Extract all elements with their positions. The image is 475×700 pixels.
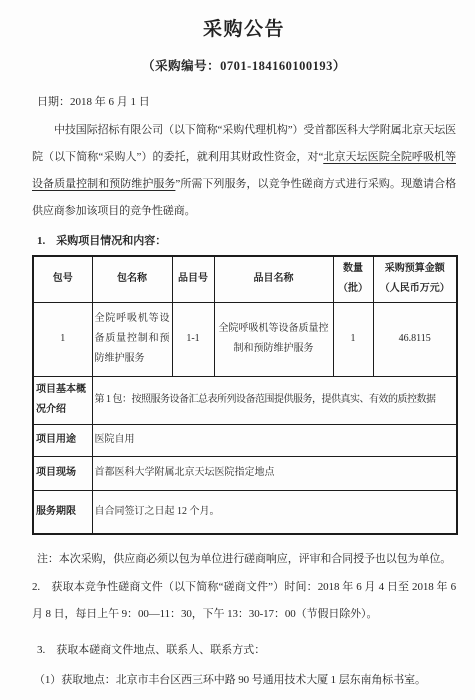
info-label-usage: 项目用途 [33, 424, 92, 456]
info-value-site: 首都医科大学附属北京天坛医院指定地点 [92, 456, 457, 490]
header-item-name: 品目名称 [214, 256, 333, 302]
info-label-site: 项目现场 [33, 456, 92, 490]
info-label-overview: 项目基本概况介绍 [33, 376, 92, 424]
info-row-term: 服务期限 自合同签订之日起 12 个月。 [33, 490, 457, 534]
info-row-site: 项目现场 首都医科大学附属北京天坛医院指定地点 [33, 456, 457, 490]
header-item-no: 品目号 [172, 256, 214, 302]
info-value-term: 自合同签订之日起 12 个月。 [92, 490, 457, 534]
procurement-number-subtitle: （采购编号：0701-184160100193） [32, 56, 456, 74]
header-budget: 采购预算金额 （人民币万元） [373, 256, 457, 302]
info-label-term: 服务期限 [33, 490, 92, 534]
info-value-overview: 第 1 包：按照服务设备汇总表所列设备范围提供服务，提供真实、有效的质控数据 [92, 376, 457, 424]
table-data-row: 1 全院呼吸机等设备质量控制和预防维护服务 1-1 全院呼吸机等设备质量控制和预… [33, 302, 457, 376]
procurement-table: 包号 包名称 品目号 品目名称 数量 （批） 采购预算金额 （人民币万元） 1 … [32, 255, 458, 535]
intro-paragraph: 中技国际招标有限公司（以下简称“采购代理机构”）受首都医科大学附属北京天坛医院（… [32, 117, 456, 225]
package-name-cell: 全院呼吸机等设备质量控制和预防维护服务 [92, 302, 172, 376]
section2-paragraph: 2. 获取本竞争性磋商文件（以下简称“磋商文件”）时间：2018 年 6 月 4… [32, 574, 456, 628]
header-quantity: 数量 （批） [333, 256, 373, 302]
info-row-usage: 项目用途 医院自用 [33, 424, 457, 456]
budget-cell: 46.8115 [373, 302, 457, 376]
note-line: 注：本次采购，供应商必须以包为单位进行磋商响应，评审和合同授予也以包为单位。 [32, 550, 456, 566]
item-no-cell: 1-1 [172, 302, 214, 376]
table-header-row: 包号 包名称 品目号 品目名称 数量 （批） 采购预算金额 （人民币万元） [33, 256, 457, 302]
page-title: 采购公告 [32, 14, 456, 41]
document-page: 采购公告 （采购编号：0701-184160100193） 日期：2018 年 … [0, 14, 475, 687]
header-package-no: 包号 [33, 256, 92, 302]
item1-line: （1）获取地点：北京市丰台区西三环中路 90 号通用技术大厦 1 层东南角标书室… [32, 671, 456, 687]
section1-heading: 1. 采购项目情况和内容： [32, 232, 456, 248]
package-no-cell: 1 [33, 302, 92, 376]
info-row-overview: 项目基本概况介绍 第 1 包：按照服务设备汇总表所列设备范围提供服务，提供真实、… [33, 376, 457, 424]
header-package-name: 包名称 [92, 256, 172, 302]
item-name-cell: 全院呼吸机等设备质量控制和预防维护服务 [214, 302, 333, 376]
date-line: 日期：2018 年 6 月 1 日 [32, 93, 456, 109]
quantity-cell: 1 [333, 302, 373, 376]
section3-heading: 3. 获取本磋商文件地点、联系人、联系方式： [32, 641, 456, 657]
info-value-usage: 医院自用 [92, 424, 457, 456]
